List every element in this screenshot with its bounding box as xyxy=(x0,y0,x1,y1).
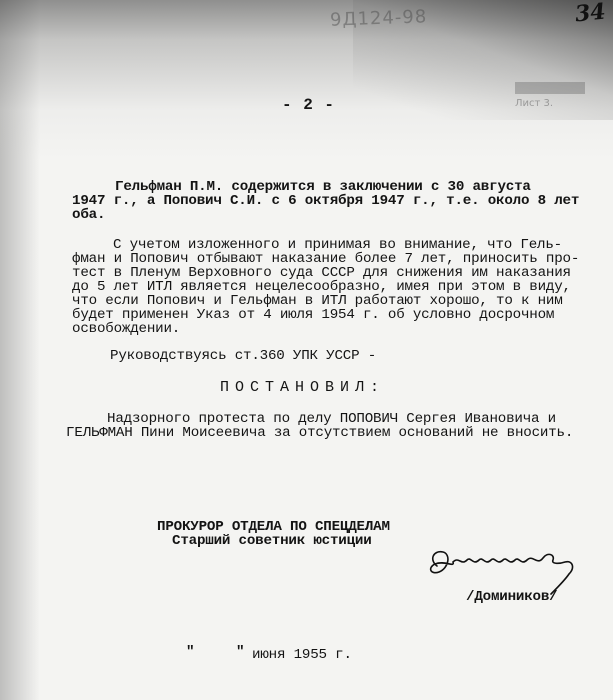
paragraph1-line: Гельфман П.М. содержится в заключении с … xyxy=(115,180,531,194)
date-quote-open: " xyxy=(186,645,194,659)
paragraph2-line: освобождении. xyxy=(72,322,180,336)
archive-number: 9Д124-98 xyxy=(330,6,428,30)
resolution-line: Надзорного протеста по делу ПОПОВИЧ Серг… xyxy=(107,412,556,426)
date-quote-close: " xyxy=(236,645,244,659)
stamp-bar xyxy=(515,82,585,94)
stamp-text: Лист 3. xyxy=(515,98,585,109)
paragraph1-line: 1947 г., а Попович С.И. с 6 октября 1947… xyxy=(72,194,579,208)
paragraph2-line: будет применен Указ от 4 июля 1954 г. об… xyxy=(72,308,554,322)
signatory-title: ПРОКУРОР ОТДЕЛА ПО СПЕЦДЕЛАМ xyxy=(157,520,390,534)
resolution-heading: ПОСТАНОВИЛ: xyxy=(220,379,385,396)
archive-stamp: Лист 3. xyxy=(515,82,585,109)
paragraph2-line: что если Попович и Гельфман в ИТЛ работа… xyxy=(72,294,563,308)
paragraph2-line: фман и Попович отбывают наказание более … xyxy=(72,252,579,266)
paragraph2-line: до 5 лет ИТЛ является нецелесообразно, и… xyxy=(72,280,571,294)
document-date: июня 1955 г. xyxy=(252,648,352,662)
folio-number: 34 xyxy=(574,0,607,28)
signatory-rank: Старший советник юстиции xyxy=(172,534,372,548)
paragraph1-line: оба. xyxy=(72,208,105,222)
legal-basis: Руководствуясь ст.360 УПК УССР - xyxy=(110,349,376,363)
resolution-line: ГЕЛЬФМАН Пини Моисеевича за отсутствием … xyxy=(66,426,573,440)
document-page: 9Д124-98 34 Лист 3. - 2 - Гельфман П.М. … xyxy=(0,0,613,700)
paragraph2-line: тест в Пленум Верховного суда СССР для с… xyxy=(72,266,571,280)
paragraph2-line: С учетом изложенного и принимая во внима… xyxy=(113,238,562,252)
signatory-name: /Домиников/ xyxy=(466,590,557,604)
page-number: - 2 - xyxy=(282,96,335,114)
